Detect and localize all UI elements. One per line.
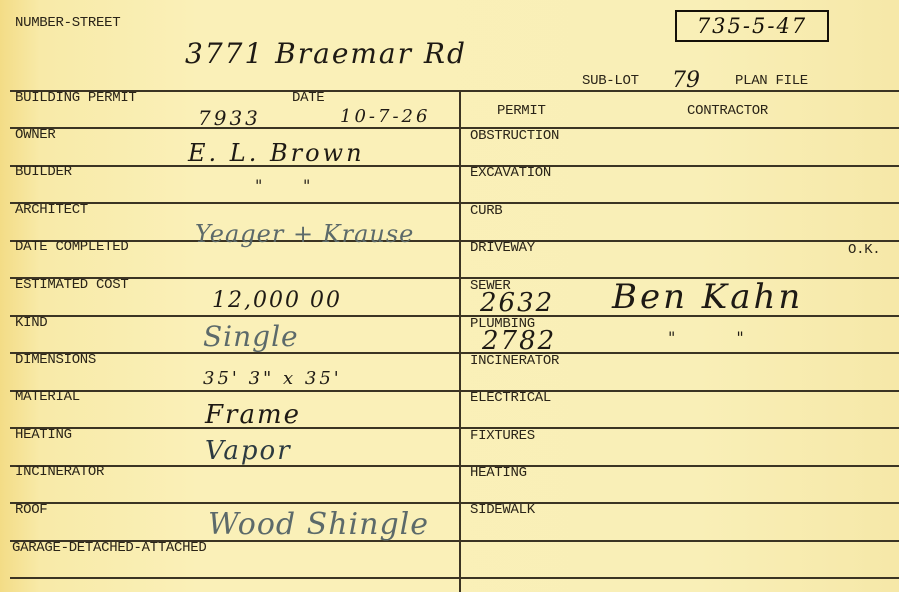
excavation-label: EXCAVATION: [470, 166, 551, 180]
rule: [10, 390, 899, 392]
driveway-label: DRIVEWAY: [470, 241, 535, 255]
permit-date-value: 10-7-26: [340, 108, 430, 126]
contractor-header: CONTRACTOR: [687, 104, 768, 118]
builder-label: BUILDER: [15, 165, 72, 179]
fixtures-label: FIXTURES: [470, 429, 535, 443]
kind-label: KIND: [15, 316, 47, 330]
kind-value: Single: [203, 323, 299, 351]
building-permit-label: BUILDING PERMIT: [15, 91, 137, 105]
owner-value: E. L. Brown: [188, 141, 365, 165]
sidewalk-label: SIDEWALK: [470, 503, 535, 517]
curb-label: CURB: [470, 204, 502, 218]
rule: [10, 127, 899, 129]
rule: [10, 90, 899, 92]
plan-file-label: PLAN FILE: [735, 74, 808, 88]
sub-lot-label: SUB-LOT: [582, 74, 639, 88]
rule: [10, 165, 899, 167]
sub-lot-value: 79: [672, 70, 700, 92]
heating-label: HEATING: [15, 428, 72, 442]
plumbing-permit-number: 2782: [482, 328, 556, 354]
roof-value: Wood Shingle: [208, 510, 429, 540]
estimated-cost-value: 12,000 00: [212, 290, 342, 312]
estimated-cost-label: ESTIMATED COST: [15, 278, 128, 292]
owner-label: OWNER: [15, 128, 56, 142]
material-value: Frame: [205, 402, 301, 428]
rule: [10, 577, 899, 579]
file-number-stamp: 735-5-47: [675, 10, 829, 42]
incinerator-label: INCINERATOR: [15, 465, 104, 479]
material-label: MATERIAL: [15, 390, 80, 404]
permit-header: PERMIT: [497, 104, 546, 118]
roof-label: ROOF: [15, 503, 47, 517]
heating-permit-label: HEATING: [470, 466, 527, 480]
obstruction-label: OBSTRUCTION: [470, 129, 559, 143]
rule: [10, 352, 899, 354]
permit-number-value: 7933: [198, 108, 261, 128]
address-value: 3771 Braemar Rd: [185, 40, 467, 68]
sewer-permit-number: 2632: [480, 290, 554, 316]
heating-value: Vapor: [205, 438, 292, 464]
rule: [10, 240, 899, 242]
plumbing-contractor: " ": [668, 330, 744, 346]
garage-label: GARAGE-DETACHED-ATTACHED: [12, 541, 206, 555]
permit-card: NUMBER-STREET 3771 Braemar Rd 735-5-47 S…: [0, 0, 899, 592]
incinerator-permit-label: INCINERATOR: [470, 354, 559, 368]
architect-label: ARCHITECT: [15, 203, 88, 217]
rule: [10, 502, 899, 504]
builder-value: " ": [255, 178, 310, 194]
rule: [10, 465, 899, 467]
date-completed-label: DATE COMPLETED: [15, 240, 128, 254]
rule: [10, 427, 899, 429]
date-label: DATE: [292, 91, 324, 105]
architect-value: Yeager + Krause: [195, 222, 414, 246]
number-street-label: NUMBER-STREET: [15, 16, 120, 30]
driveway-note: O.K.: [848, 243, 880, 257]
dimensions-value: 35' 3" x 35': [203, 370, 342, 388]
electrical-label: ELECTRICAL: [470, 391, 551, 405]
sewer-contractor: Ben Kahn: [612, 280, 803, 314]
dimensions-label: DIMENSIONS: [15, 353, 96, 367]
rule: [10, 202, 899, 204]
